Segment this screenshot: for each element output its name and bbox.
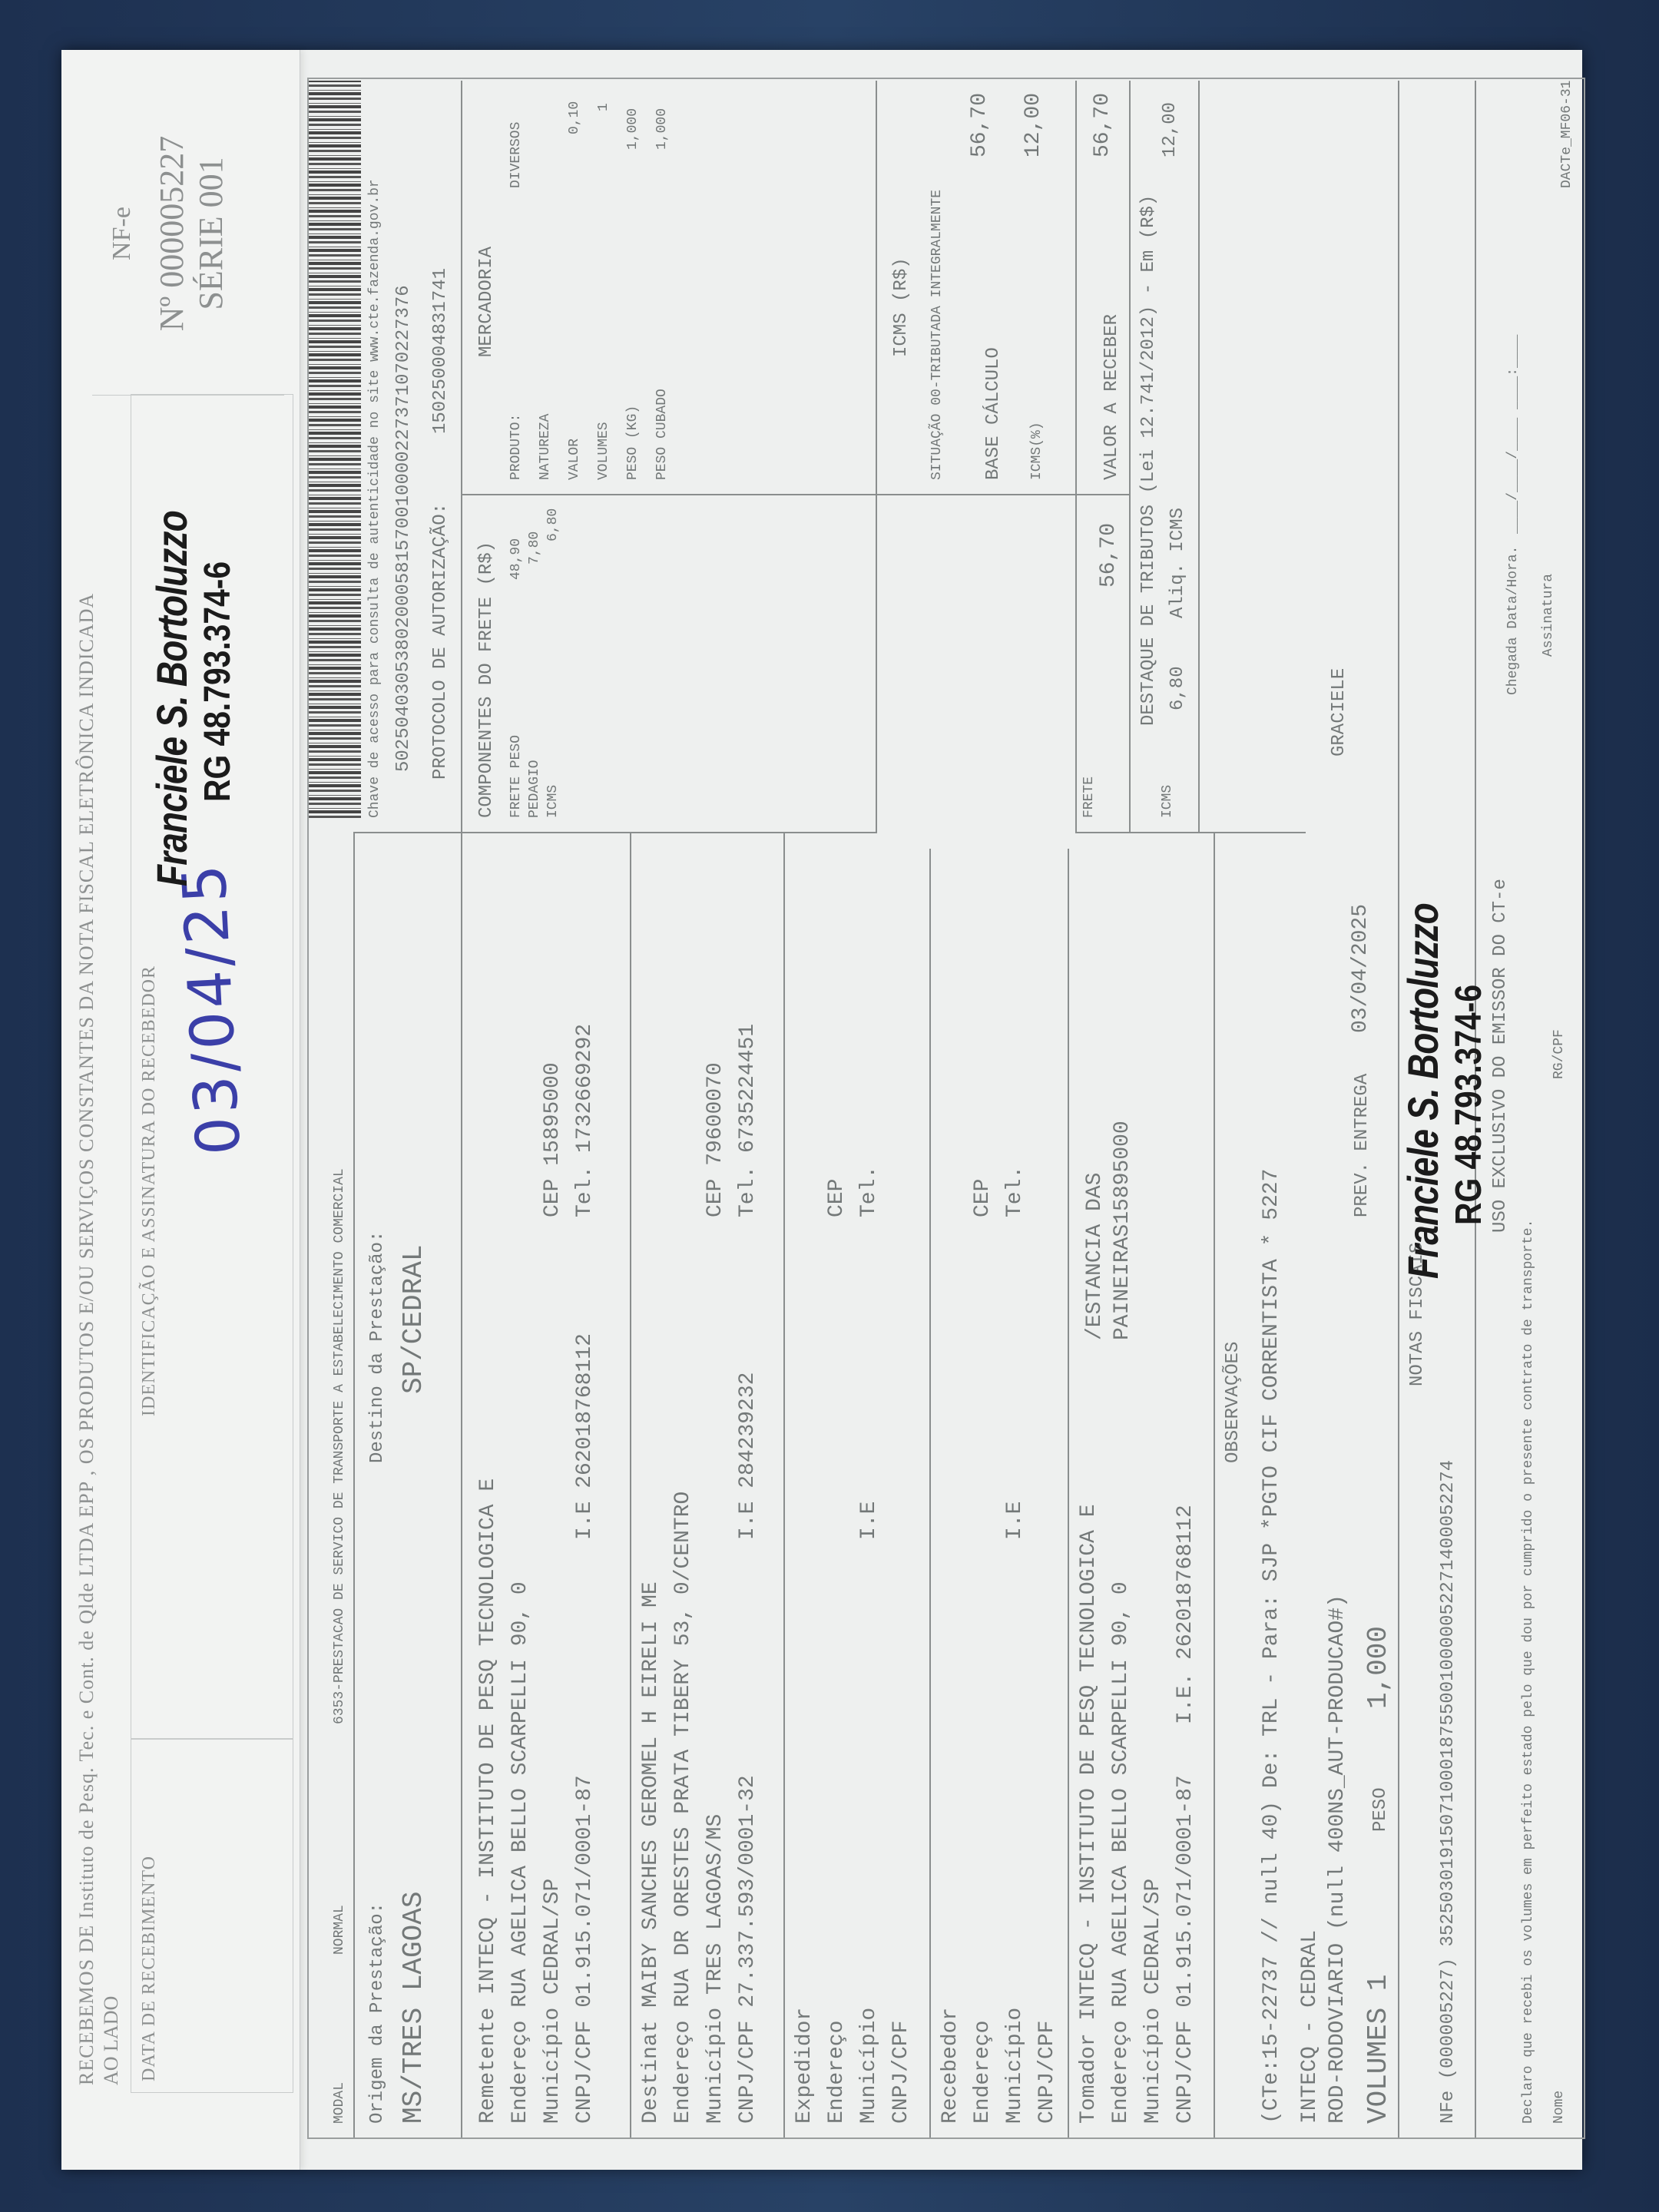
nfe-number-box: NF-e Nº 000005227 SÉRIE 001 [92, 72, 284, 396]
stub-declaration: RECEBEMOS DE Instituto de Pesq. Tec. e C… [75, 593, 98, 2085]
receiver-signature-cell[interactable]: IDENTIFICAÇÃO E ASSINATURA DO RECEBEDOR … [131, 394, 293, 1740]
stub-declaration-cont: AO LADO [100, 1996, 123, 2085]
receipt-date-label: DATA DE RECEBIMENTO [139, 1856, 160, 2081]
nfe-number: Nº 000005227 [152, 72, 191, 395]
cte-form: MODAL NORMAL 6353-PRESTACAO DE SERVICO D… [307, 65, 1567, 2154]
dacte-document: RECEBEMOS DE Instituto de Pesq. Tec. e C… [61, 50, 1582, 2170]
receipt-stub: RECEBEMOS DE Instituto de Pesq. Tec. e C… [61, 50, 300, 2170]
handwritten-date: 03/04/25 [170, 860, 254, 1157]
stamp-name: Franciele S. Bortoluzzo [147, 511, 197, 886]
form-frame [307, 78, 1585, 2139]
stamp-rg: RG 48.793.374-6 [197, 561, 239, 802]
receiver-stamp: Franciele S. Bortoluzzo RG 48.793.374-6 [147, 429, 239, 886]
receipt-date-cell[interactable]: DATA DE RECEBIMENTO [131, 1738, 293, 2093]
nfe-title: NF-e [108, 72, 137, 395]
nfe-series: SÉRIE 001 [191, 72, 230, 395]
signature-label: IDENTIFICAÇÃO E ASSINATURA DO RECEBEDOR [139, 965, 160, 1416]
